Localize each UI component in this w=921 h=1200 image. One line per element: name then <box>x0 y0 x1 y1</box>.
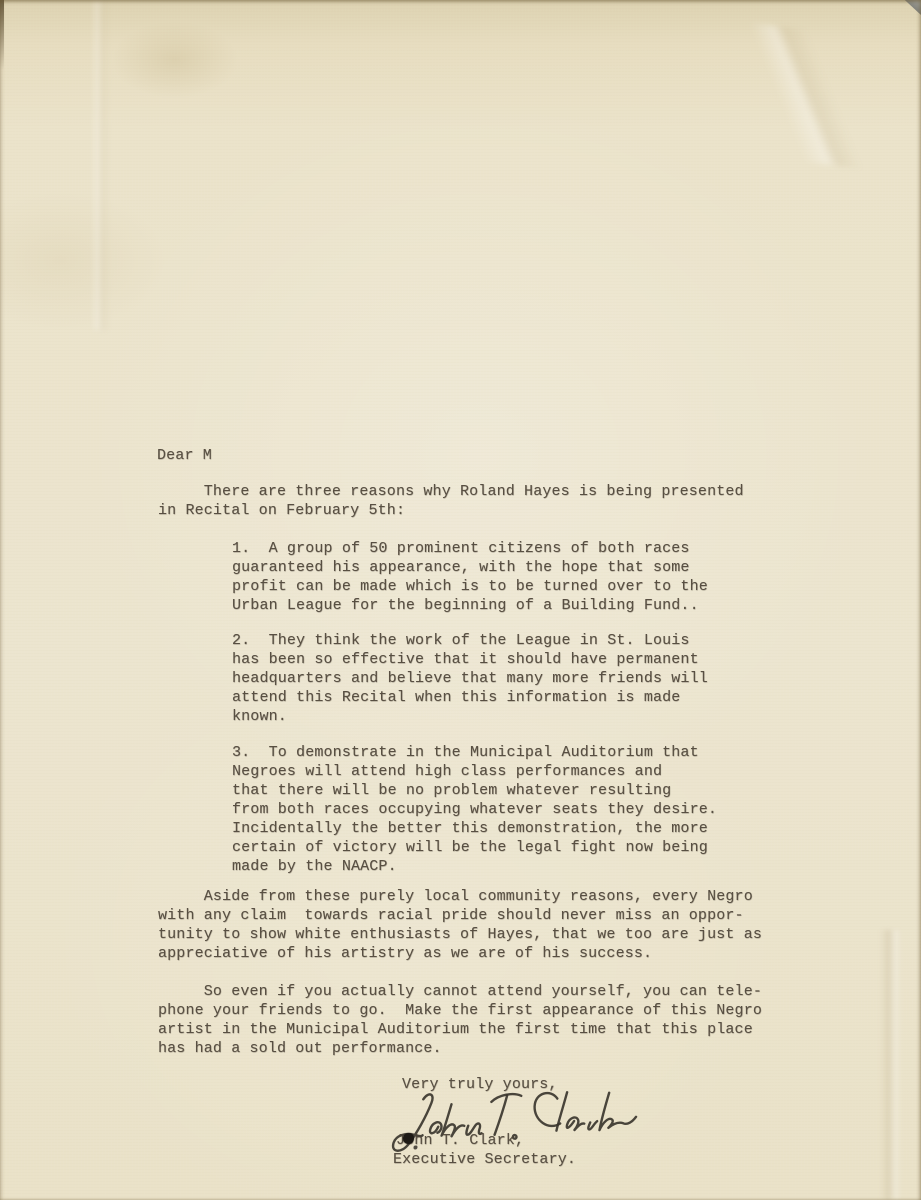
letter-page: Dear M There are three reasons why Rolan… <box>0 0 921 1200</box>
intro-paragraph: There are three reasons why Roland Hayes… <box>158 482 744 520</box>
closing-line: Very truly yours, <box>402 1075 558 1094</box>
paragraph-aside: Aside from these purely local community … <box>158 887 762 963</box>
list-item-1: 1. A group of 50 prominent citizens of b… <box>232 539 708 615</box>
paper-crease-top-right <box>682 15 918 174</box>
paragraph-telephone: So even if you actually cannot attend yo… <box>158 982 762 1058</box>
paper-corner-top-right <box>903 0 921 15</box>
paper-crease-bottom-right <box>880 930 902 1200</box>
list-item-3: 3. To demonstrate in the Municipal Audit… <box>232 743 717 876</box>
typed-name: John T. Clark, <box>396 1131 524 1150</box>
list-item-2: 2. They think the work of the League in … <box>232 631 708 726</box>
paper-crease-left <box>92 0 108 330</box>
typed-title: Executive Secretary. <box>393 1150 576 1169</box>
paper-edge-left <box>0 0 4 70</box>
salutation: Dear M <box>157 446 212 465</box>
